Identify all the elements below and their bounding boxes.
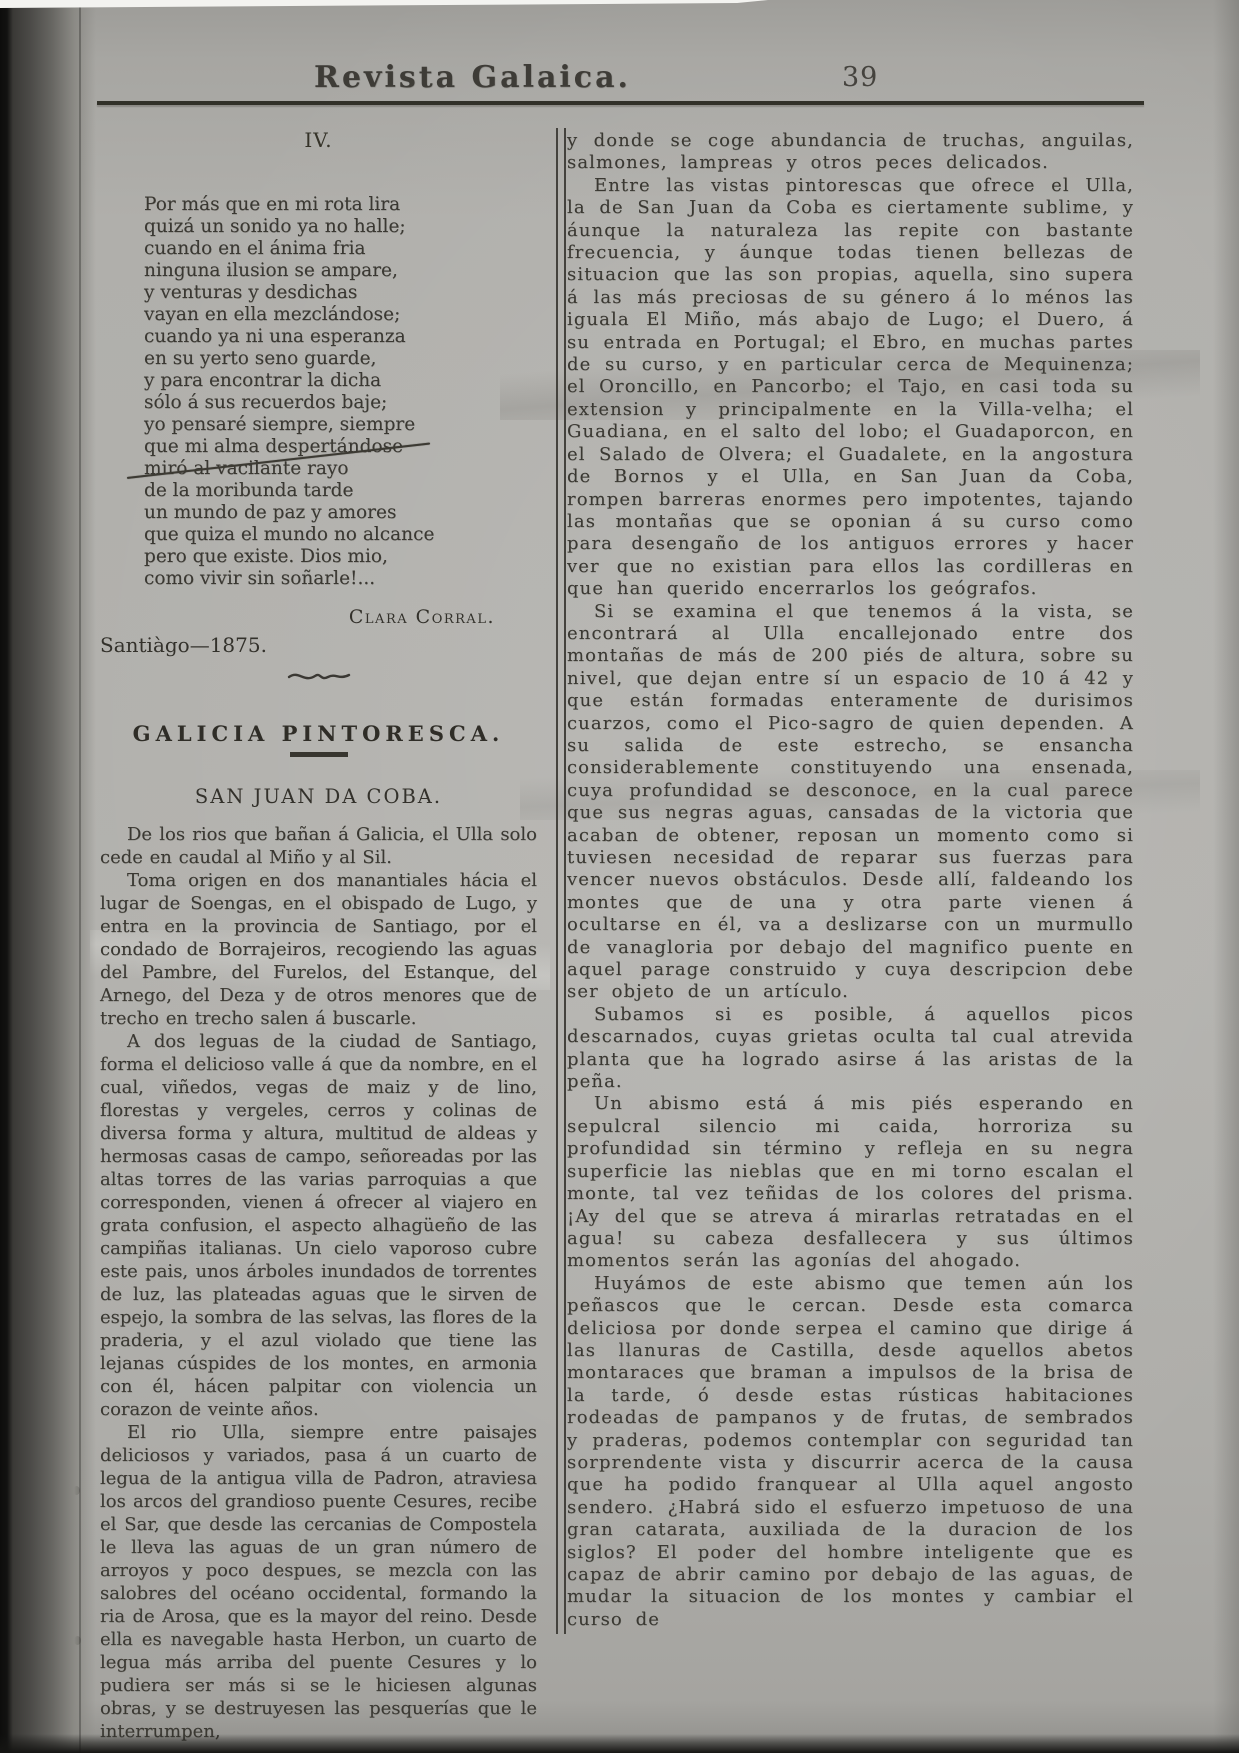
poem-line: cuando en el ánima fria xyxy=(144,238,537,260)
binding-crease xyxy=(79,0,81,1753)
poem-place-date: Santiàgo—1875. xyxy=(100,633,537,657)
poem-line: ninguna ilusion se ampare, xyxy=(144,260,537,282)
scanned-page: Revista Galaica. 39 IV. Por más que en m… xyxy=(0,0,1239,1753)
book-binding-shadow xyxy=(0,0,96,1753)
squiggle-ornament-icon xyxy=(287,667,351,685)
left-column: IV. Por más que en mi rota lira quizá un… xyxy=(100,128,537,1743)
poem-line: Por más que en mi rota lira xyxy=(144,194,537,216)
poem-body: Por más que en mi rota lira quizá un son… xyxy=(144,194,537,590)
paragraph: A dos leguas de la ciudad de Santiago, f… xyxy=(100,1030,537,1421)
article-title: SAN JUAN DA COBA. xyxy=(100,785,537,808)
paragraph: Subamos si es posible, á aquellos picos … xyxy=(567,1004,1134,1094)
page-number: 39 xyxy=(842,62,878,93)
paragraph: Un abismo está á mis piés esperando en s… xyxy=(567,1093,1134,1272)
poem-line: cuando ya ni una esperanza xyxy=(144,326,537,348)
paragraph: Entre las vistas pintorescas que ofrece … xyxy=(567,175,1134,601)
right-column: y donde se coge abundancia de truchas, a… xyxy=(567,130,1134,1631)
poem-line: y venturas y desdichas xyxy=(144,282,537,304)
paragraph-continuation: y donde se coge abundancia de truchas, a… xyxy=(567,130,1134,175)
poem-line: vayan en ella mezclándose; xyxy=(144,304,537,326)
poem-number: IV. xyxy=(100,128,537,152)
poem-line: que quiza el mundo no alcance xyxy=(144,524,537,546)
poem-line: un mundo de paz y amores xyxy=(144,502,537,524)
paragraph: Toma origen en dos manantiales hácia el … xyxy=(100,869,537,1030)
divider-ornament xyxy=(100,667,537,689)
column-divider-rule xyxy=(556,128,566,1634)
masthead-title: Revista Galaica. xyxy=(100,60,845,95)
poem-line: en su yerto seno guarde, xyxy=(144,348,537,370)
poem-line: y para encontrar la dicha xyxy=(144,370,537,392)
poem-line: que mi alma despertándose xyxy=(144,436,537,458)
section-title-rule xyxy=(290,752,348,757)
poem-line: pero que existe. Dios mio, xyxy=(144,546,537,568)
section-title: GALICIA PINTORESCA. xyxy=(100,721,537,746)
poem-line: quizá un sonido ya no halle; xyxy=(144,216,537,238)
poem-line: sólo á sus recuerdos baje; xyxy=(144,392,537,414)
poem-author-signature: Clara Corral. xyxy=(100,606,537,628)
poem-line: como vivir sin soñarle!... xyxy=(144,568,537,590)
scan-edge-bottom xyxy=(0,1734,1239,1753)
paragraph: De los rios que bañan á Galicia, el Ulla… xyxy=(100,823,537,869)
poem-line: yo pensaré siempre, siempre xyxy=(144,414,537,436)
paragraph: Si se examina el que tenemos á la vista,… xyxy=(567,601,1134,1004)
poem-line: de la moribunda tarde xyxy=(144,480,537,502)
article-text-left: De los rios que bañan á Galicia, el Ulla… xyxy=(100,823,537,1743)
header-rule xyxy=(97,101,1144,105)
scan-edge-top xyxy=(0,0,768,8)
paragraph: El rio Ulla, siempre entre paisajes deli… xyxy=(100,1421,537,1743)
scan-edge-right xyxy=(1213,0,1239,1753)
paragraph: Huyámos de este abismo que temen aún los… xyxy=(567,1273,1134,1632)
